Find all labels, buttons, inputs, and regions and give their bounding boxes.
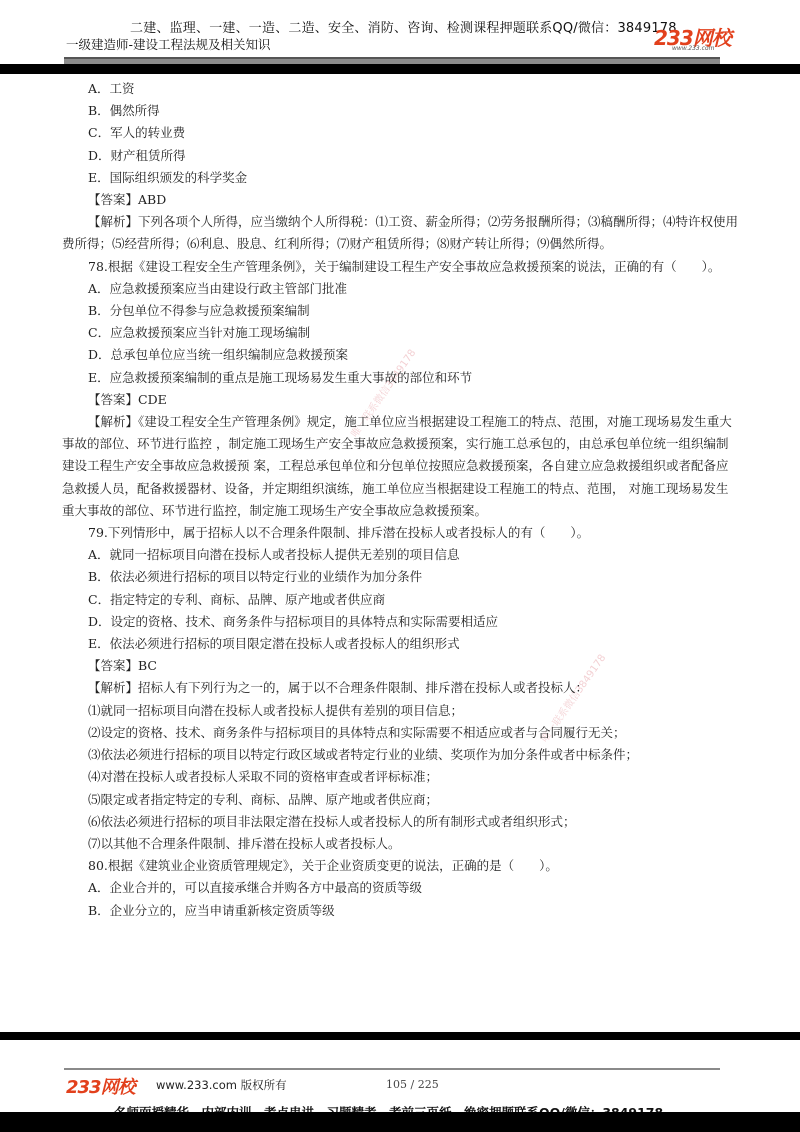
footer-rule bbox=[64, 1068, 720, 1070]
header-logo-url: www.233.com bbox=[672, 45, 714, 52]
q77-analysis: 【解析】下列各项个人所得，应当缴纳个人所得税：⑴工资、薪金所得；⑵劳务报酬所得；… bbox=[62, 211, 738, 255]
q79-analysis-item: ⑵设定的资格、技术、商务条件与招标项目的具体特点和实际需要不相适应或者与合同履行… bbox=[62, 722, 738, 744]
q79-analysis-intro: 【解析】招标人有下列行为之一的，属于以不合理条件限制、排斥潜在投标人或者投标人： bbox=[62, 677, 738, 699]
q78-analysis: 【解析】《建设工程安全生产管理条例》规定，施工单位应当根据建设工程施工的特点、范… bbox=[62, 411, 738, 522]
document-title: 一级建造师-建设工程法规及相关知识 bbox=[66, 35, 271, 53]
q79-analysis-item: ⑸限定或者指定特定的专利、商标、品牌、原产地或者供应商； bbox=[62, 789, 738, 811]
q79-option-d: D．设定的资格、技术、商务条件与招标项目的具体特点和实际需要相适应 bbox=[62, 611, 738, 633]
q79-option-c: C．指定特定的专利、商标、品牌、原产地或者供应商 bbox=[62, 589, 738, 611]
q80-option-b: B．企业分立的，应当申请重新核定资质等级 bbox=[62, 900, 738, 922]
q79-answer: 【答案】BC bbox=[62, 655, 738, 677]
page-separator-final bbox=[0, 1112, 800, 1132]
page-separator-top bbox=[0, 64, 800, 74]
q79-option-e: E．依法必须进行招标的项目限定潜在投标人或者投标人的组织形式 bbox=[62, 633, 738, 655]
q79-stem: 79.下列情形中，属于招标人以不合理条件限制、排斥潜在投标人或者投标人的有（ ）… bbox=[62, 522, 738, 544]
q77-option-e: E．国际组织颁发的科学奖金 bbox=[62, 167, 738, 189]
q78-option-e: E．应急救援预案编制的重点是施工现场易发生重大事故的部位和环节 bbox=[62, 367, 738, 389]
q80-stem: 80.根据《建筑业企业资质管理规定》，关于企业资质变更的说法，正确的是（ ）。 bbox=[62, 855, 738, 877]
page-content: A．工资 B．偶然所得 C．军人的转业费 D．财产租赁所得 E．国际组织颁发的科… bbox=[62, 78, 738, 922]
q78-option-d: D．总承包单位应当统一组织编制应急救援预案 bbox=[62, 344, 738, 366]
footer-copyright: www.233.com 版权所有 bbox=[156, 1077, 287, 1093]
q80-option-a: A．企业合并的，可以直接承继合并购各方中最高的资质等级 bbox=[62, 877, 738, 899]
q77-answer: 【答案】ABD bbox=[62, 189, 738, 211]
q79-analysis-item: ⑹依法必须进行招标的项目非法限定潜在投标人或者投标人的所有制形式或者组织形式； bbox=[62, 811, 738, 833]
q79-option-a: A．就同一招标项目向潜在投标人或者投标人提供无差别的项目信息 bbox=[62, 544, 738, 566]
q77-option-d: D．财产租赁所得 bbox=[62, 145, 738, 167]
q77-option-a: A．工资 bbox=[62, 78, 738, 100]
q79-option-b: B．依法必须进行招标的项目以特定行业的业绩作为加分条件 bbox=[62, 566, 738, 588]
q78-option-a: A．应急救援预案应当由建设行政主管部门批准 bbox=[62, 278, 738, 300]
q78-stem: 78.根据《建设工程安全生产管理条例》，关于编制建设工程生产安全事故应急救援预案… bbox=[62, 256, 738, 278]
page-separator-bottom bbox=[0, 1032, 800, 1040]
footer-logo: 233网校 bbox=[66, 1073, 135, 1099]
q77-option-b: B．偶然所得 bbox=[62, 100, 738, 122]
q78-option-b: B．分包单位不得参与应急救援预案编制 bbox=[62, 300, 738, 322]
q79-analysis-item: ⑶依法必须进行招标的项目以特定行政区域或者特定行业的业绩、奖项作为加分条件或者中… bbox=[62, 744, 738, 766]
q78-option-c: C．应急救援预案应当针对施工现场编制 bbox=[62, 322, 738, 344]
q78-answer: 【答案】CDE bbox=[62, 389, 738, 411]
q79-analysis-item: ⑷对潜在投标人或者投标人采取不同的资格审查或者评标标准； bbox=[62, 766, 738, 788]
header-contact-line: 二建、监理、一建、一造、二造、安全、消防、咨询、检测课程押题联系QQ/微信：38… bbox=[130, 17, 677, 36]
page-indicator: 105 / 225 bbox=[386, 1078, 439, 1091]
q79-analysis-item: ⑺以其他不合理条件限制、排斥潜在投标人或者投标人。 bbox=[62, 833, 738, 855]
q77-option-c: C．军人的转业费 bbox=[62, 122, 738, 144]
q79-analysis-item: ⑴就同一招标项目向潜在投标人或者投标人提供有差别的项目信息； bbox=[62, 700, 738, 722]
